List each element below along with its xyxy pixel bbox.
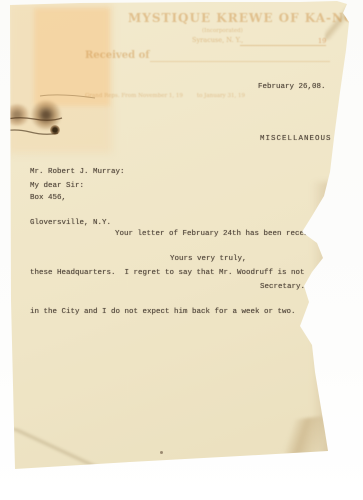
- letterhead-org-name: MYSTIQUE KREWE OF KA-NOO-NO: [128, 11, 313, 25]
- body-line: these Headquarters. I regret to say that…: [30, 267, 336, 280]
- letter-body: Your letter of February 24th has been re…: [30, 202, 336, 345]
- closing: Yours very truly,: [170, 255, 247, 264]
- letterhead-blank-line: [240, 45, 326, 46]
- letterhead-year: 19: [318, 37, 326, 45]
- fold-crease: [8, 428, 103, 468]
- recipient-line: Mr. Robert J. Murray:: [30, 168, 125, 177]
- signature: Secretary.: [260, 283, 305, 292]
- letter-date: February 26,08.: [258, 83, 326, 92]
- paper-speck: [160, 451, 163, 454]
- scanned-letter-page: MYSTIQUE KREWE OF KA-NOO-NO (Incorporate…: [0, 0, 363, 500]
- fold-crease: [250, 415, 334, 462]
- recipient-line: Box 456,: [30, 194, 125, 203]
- letterhead-place-line: Syracuse, N. Y.,: [192, 36, 243, 44]
- letterhead-received-of: Received of: [85, 50, 150, 61]
- salutation: My dear Sir:: [30, 182, 84, 191]
- paper-sheet: MYSTIQUE KREWE OF KA-NOO-NO (Incorporate…: [0, 0, 363, 500]
- letterhead-blank-line: [150, 61, 330, 62]
- body-line: in the City and I do not expect him back…: [30, 306, 336, 319]
- letterhead-dues-line: Grand Reps. From November 1, 19 to Janua…: [85, 93, 245, 99]
- letterhead: MYSTIQUE KREWE OF KA-NOO-NO (Incorporate…: [0, 0, 363, 120]
- category-stamp: MISCELLANEOUS: [260, 135, 332, 144]
- body-line: Your letter of February 24th has been re…: [30, 228, 336, 241]
- letterhead-incorporated: (Incorporated): [202, 28, 243, 34]
